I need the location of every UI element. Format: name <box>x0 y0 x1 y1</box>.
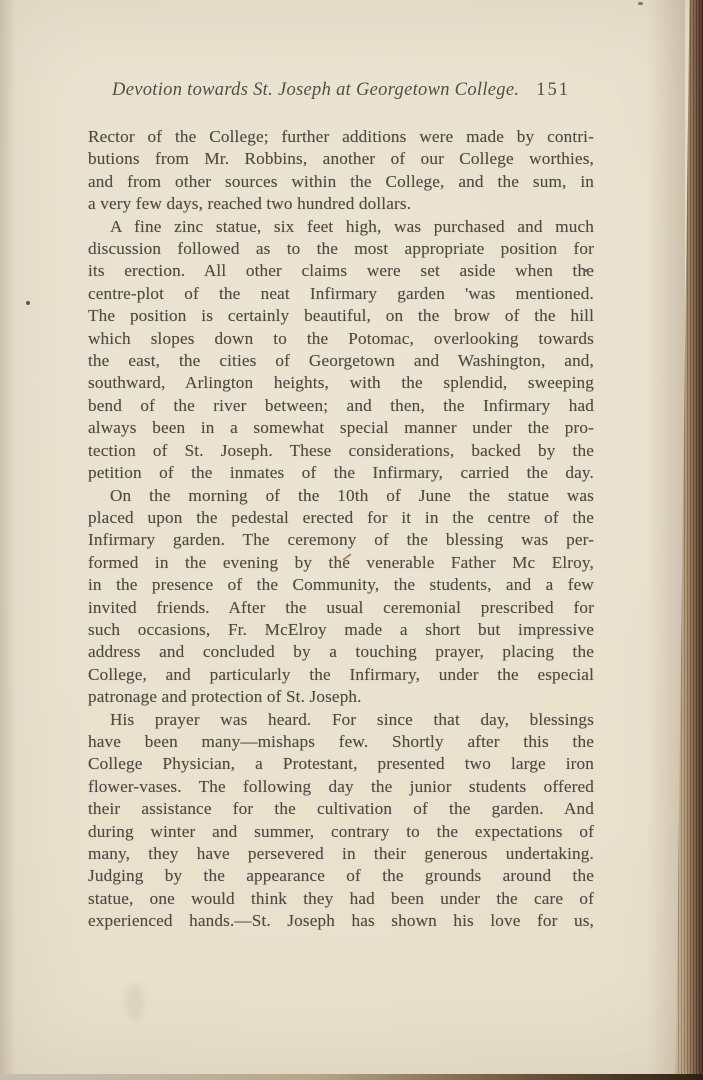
ink-speck-top-corner <box>638 2 643 5</box>
text-line: Infirmary garden. The ceremony of the bl… <box>88 529 594 551</box>
text-line: many, they have persevered in their gene… <box>88 843 594 865</box>
header-page-number: 151 <box>536 80 570 100</box>
text-line: their assistance for the cultivation of … <box>88 798 594 820</box>
ink-speck-right-margin <box>585 269 588 272</box>
text-line: His prayer was heard. For since that day… <box>88 709 594 731</box>
text-line: address and concluded by a touching pray… <box>88 641 594 663</box>
text-line: A fine zinc statue, six feet high, was p… <box>88 216 594 238</box>
text-line: bend of the river between; and then, the… <box>88 395 594 417</box>
text-line: College, and particularly the Infirmary,… <box>88 664 594 686</box>
page-body: Rector of the College; further additions… <box>88 126 594 933</box>
header-title: Devotion towards St. Joseph at Georgetow… <box>112 80 519 100</box>
text-line: centre-plot of the neat Infirmary garden… <box>88 283 594 305</box>
text-line: during winter and summer, contrary to th… <box>88 821 594 843</box>
paragraph: On the morning of the 10th of June the s… <box>88 485 594 709</box>
text-line: placed upon the pedestal erected for it … <box>88 507 594 529</box>
text-line: statue, one would think they had been un… <box>88 888 594 910</box>
ink-speck-left-margin <box>26 301 30 305</box>
text-line: patronage and protection of St. Joseph. <box>88 686 594 708</box>
text-line: the east, the cities of Georgetown and W… <box>88 350 594 372</box>
text-line: its erection. All other claims were set … <box>88 260 594 282</box>
text-line: Judging by the appearance of the grounds… <box>88 865 594 887</box>
text-line: such occasions, Fr. McElroy made a short… <box>88 619 594 641</box>
text-line: The position is certainly beautiful, on … <box>88 305 594 327</box>
text-line: experienced hands.—St. Joseph has shown … <box>88 910 594 932</box>
book-page: Devotion towards St. Joseph at Georgetow… <box>0 0 703 1080</box>
text-line: butions from Mr. Robbins, another of our… <box>88 148 594 170</box>
text-line: which slopes down to the Potomac, overlo… <box>88 328 594 350</box>
text-line: On the morning of the 10th of June the s… <box>88 485 594 507</box>
text-line: College Physician, a Protestant, present… <box>88 753 594 775</box>
text-line: formed in the evening by the venerable F… <box>88 552 594 574</box>
text-line: and from other sources within the Colleg… <box>88 171 594 193</box>
text-line: have been many—mishaps few. Shortly afte… <box>88 731 594 753</box>
text-line: tection of St. Joseph. These considerati… <box>88 440 594 462</box>
paragraph: His prayer was heard. For since that day… <box>88 709 594 933</box>
paragraph: A fine zinc statue, six feet high, was p… <box>88 216 594 485</box>
paragraph: Rector of the College; further additions… <box>88 126 594 216</box>
text-line: always been in a somewhat special manner… <box>88 417 594 439</box>
book-bottom-edge <box>0 1074 703 1080</box>
text-line: flower-vases. The following day the juni… <box>88 776 594 798</box>
text-line: invited friends. After the usual ceremon… <box>88 597 594 619</box>
text-line: Rector of the College; further additions… <box>88 126 594 148</box>
text-line: southward, Arlington heights, with the s… <box>88 372 594 394</box>
left-page-crease <box>0 0 16 1080</box>
text-line: in the presence of the Community, the st… <box>88 574 594 596</box>
paper-stain <box>126 984 144 1020</box>
text-line: discussion followed as to the most appro… <box>88 238 594 260</box>
text-line: a very few days, reached two hundred dol… <box>88 193 594 215</box>
running-header: Devotion towards St. Joseph at Georgetow… <box>88 80 594 101</box>
text-line: petition of the inmates of the Infirmary… <box>88 462 594 484</box>
